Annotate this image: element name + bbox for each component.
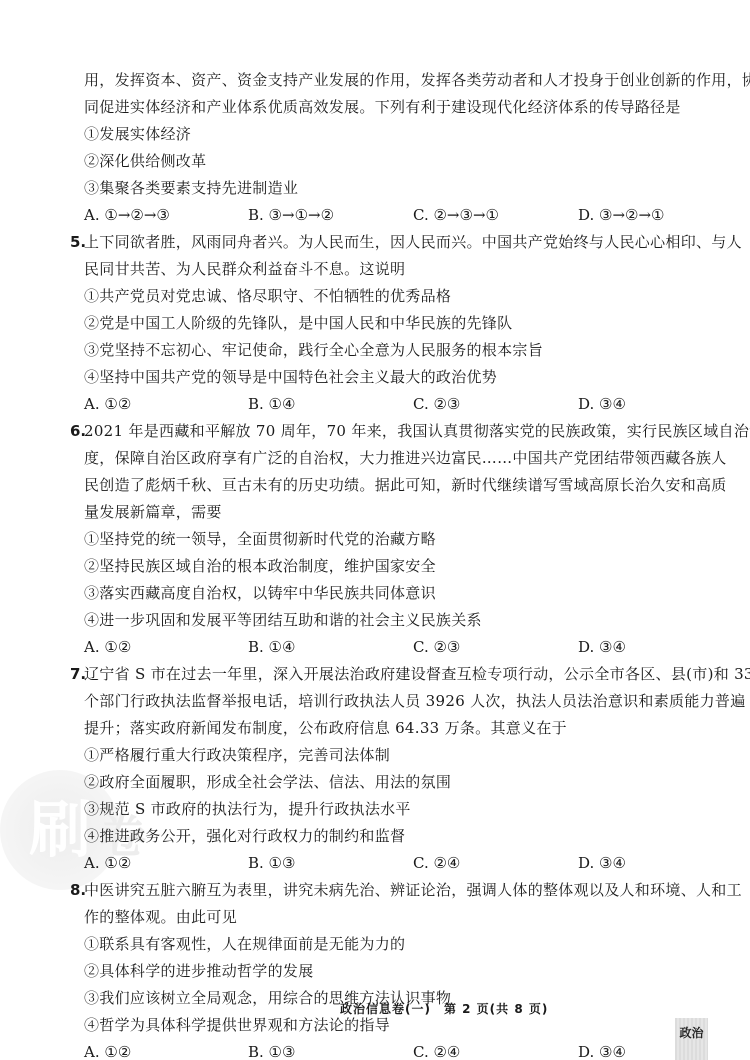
q5-option-a[interactable]: A. ①② (84, 394, 131, 414)
page-footer: 政治信息卷(一) 第 2 页(共 8 页) (340, 1000, 548, 1017)
q4-stem-line-1: 用，发挥资本、资产、资金支持产业发展的作用，发挥各类劳动者和人才投身于创业创新的… (84, 70, 750, 90)
q7-stem-line-2: 个部门行政执法监督举报电话，培训行政执法人员 3926 人次，执法人员法治意识和… (84, 691, 746, 711)
q7-stem-line-1: 辽宁省 S 市在过去一年里，深入开展法治政府建设督查互检专项行动，公示全市各区、… (84, 664, 750, 684)
q6-item-4: ④进一步巩固和发展平等团结互助和谐的社会主义民族关系 (84, 610, 482, 630)
q8-stem-line-2: 作的整体观。由此可见 (84, 907, 237, 927)
q6-option-a[interactable]: A. ①② (84, 637, 131, 657)
q5-option-c[interactable]: C. ②③ (413, 394, 460, 414)
q4-item-1: ①发展实体经济 (84, 124, 191, 144)
q8-option-c[interactable]: C. ②④ (413, 1042, 460, 1060)
subject-tab: 政治 (675, 1018, 708, 1060)
q6-option-c[interactable]: C. ②③ (413, 637, 460, 657)
q4-item-2: ②深化供给侧改革 (84, 151, 206, 171)
q5-stem-line-1: 上下同欲者胜，风雨同舟者兴。为人民而生，因人民而兴。中国共产党始终与人民心心相印… (84, 232, 742, 252)
subject-tab-label: 政治 (679, 1026, 703, 1040)
q7-item-2: ②政府全面履职，形成全社会学法、信法、用法的氛围 (84, 772, 451, 792)
q4-stem-line-2: 同促进实体经济和产业体系优质高效发展。下列有利于建设现代化经济体系的传导路径是 (84, 97, 681, 117)
q5-item-1: ①共产党员对党忠诚、恪尽职守、不怕牺牲的优秀品格 (84, 286, 451, 306)
q7-option-b[interactable]: B. ①③ (248, 853, 295, 873)
q6-stem-line-3: 民创造了彪炳千秋、亘古未有的历史功绩。据此可知，新时代继续谱写雪域高原长治久安和… (84, 475, 727, 495)
q4-option-d[interactable]: D. ③→②→① (578, 205, 665, 225)
q6-stem-line-2: 度，保障自治区政府享有广泛的自治权，大力推进兴边富民……中国共产党团结带领西藏各… (84, 448, 727, 468)
q6-item-3: ③落实西藏高度自治权，以铸牢中华民族共同体意识 (84, 583, 436, 603)
q5-item-4: ④坚持中国共产党的领导是中国特色社会主义最大的政治优势 (84, 367, 497, 387)
q6-item-2: ②坚持民族区域自治的根本政治制度，维护国家安全 (84, 556, 436, 576)
q5-item-3: ③党坚持不忘初心、牢记使命，践行全心全意为人民服务的根本宗旨 (84, 340, 543, 360)
q4-option-c[interactable]: C. ②→③→① (413, 205, 499, 225)
q6-option-b[interactable]: B. ①④ (248, 637, 295, 657)
exam-page: 刷 卷 用，发挥资本、资产、资金支持产业发展的作用，发挥各类劳动者和人才投身于创… (0, 0, 750, 1060)
q6-option-d[interactable]: D. ③④ (578, 637, 626, 657)
q7-option-c[interactable]: C. ②④ (413, 853, 460, 873)
q7-item-1: ①严格履行重大行政决策程序，完善司法体制 (84, 745, 390, 765)
watermark-char: 刷 (29, 793, 91, 866)
q8-stem-line-1: 中医讲究五脏六腑互为表里，讲究未病先治、辨证论治，强调人体的整体观以及人和环境、… (84, 880, 742, 900)
q7-stem-line-3: 提升；落实政府新闻发布制度，公布政府信息 64.33 万条。其意义在于 (84, 718, 567, 738)
q5-option-b[interactable]: B. ①④ (248, 394, 295, 414)
q7-item-3: ③规范 S 市政府的执法行为，提升行政执法水平 (84, 799, 411, 819)
q4-item-3: ③集聚各类要素支持先进制造业 (84, 178, 298, 198)
q8-item-4: ④哲学为具体科学提供世界观和方法论的指导 (84, 1015, 390, 1035)
q4-option-a[interactable]: A. ①→②→③ (84, 205, 170, 225)
q8-item-2: ②具体科学的进步推动哲学的发展 (84, 961, 314, 981)
q5-option-d[interactable]: D. ③④ (578, 394, 626, 414)
q6-stem-line-4: 量发展新篇章，需要 (84, 502, 222, 522)
q8-option-a[interactable]: A. ①② (84, 1042, 131, 1060)
q6-item-1: ①坚持党的统一领导，全面贯彻新时代党的治藏方略 (84, 529, 436, 549)
q4-option-b[interactable]: B. ③→①→② (248, 205, 334, 225)
q7-option-a[interactable]: A. ①② (84, 853, 131, 873)
q7-option-d[interactable]: D. ③④ (578, 853, 626, 873)
q5-item-2: ②党是中国工人阶级的先锋队，是中国人民和中华民族的先锋队 (84, 313, 512, 333)
q5-stem-line-2: 民同甘共苦、为人民群众利益奋斗不息。这说明 (84, 259, 405, 279)
q8-item-1: ①联系具有客观性，人在规律面前是无能为力的 (84, 934, 405, 954)
q8-option-d[interactable]: D. ③④ (578, 1042, 626, 1060)
q8-option-b[interactable]: B. ①③ (248, 1042, 295, 1060)
q7-item-4: ④推进政务公开，强化对行政权力的制约和监督 (84, 826, 405, 846)
q6-stem-line-1: 2021 年是西藏和平解放 70 周年，70 年来，我国认真贯彻落实党的民族政策… (84, 421, 750, 441)
